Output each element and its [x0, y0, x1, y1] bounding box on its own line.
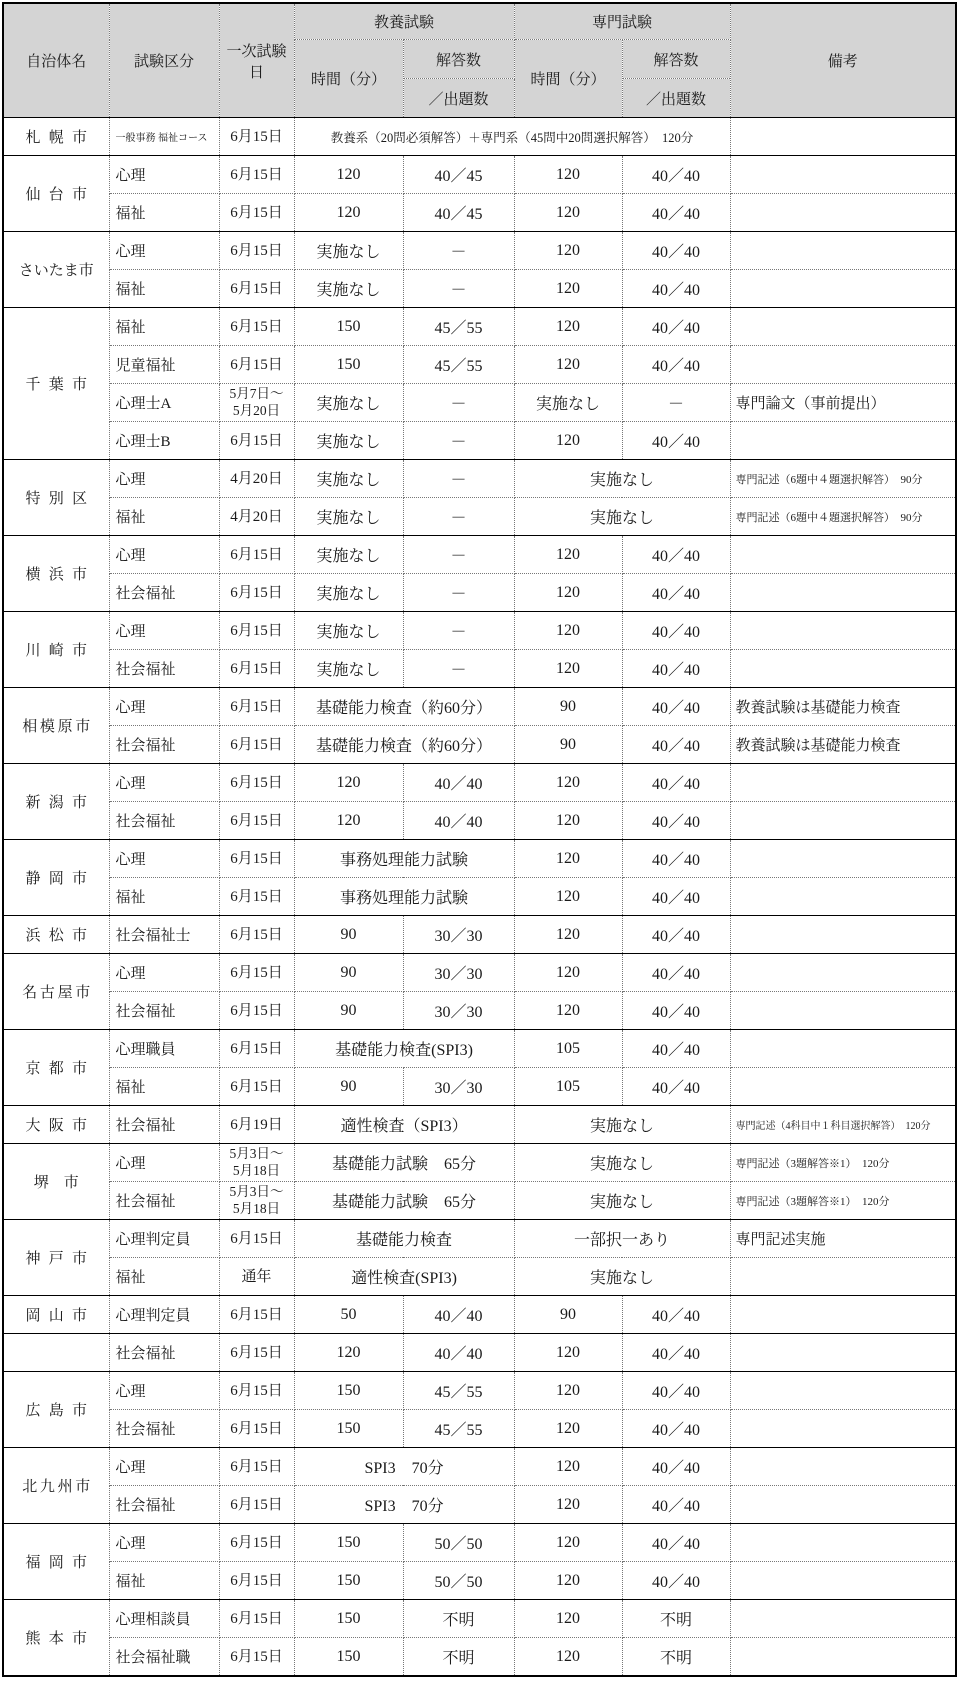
category-cell: 一般事務 福祉コース [109, 118, 219, 156]
table-row: 社会福祉6月15日基礎能力検査（約60分）9040／40教養試験は基礎能力検査 [3, 726, 956, 764]
municipality-cell: 北九州市 [3, 1448, 109, 1524]
table-row: 仙台市心理6月15日12040／4512040／40 [3, 156, 956, 194]
header-general-answers-bottom: ／出題数 [403, 79, 514, 118]
remarks-cell [730, 1068, 956, 1106]
table-header: 自治体名 試験区分 一次試験日 教養試験 専門試験 備考 時間（分） 解答数 時… [3, 3, 956, 118]
value-cell: 150 [294, 308, 403, 346]
value-cell: 40／40 [622, 1030, 730, 1068]
value-cell: 実施なし [294, 650, 403, 688]
table-row: 京都市心理職員6月15日基礎能力検査(SPI3)10540／40 [3, 1030, 956, 1068]
value-cell: 適性検査(SPI3) [294, 1258, 514, 1296]
value-cell: 120 [514, 802, 622, 840]
value-cell: 40／40 [622, 992, 730, 1030]
category-cell: 社会福祉 [109, 802, 219, 840]
value-cell: 40／40 [622, 1486, 730, 1524]
municipality-cell: 新潟市 [3, 764, 109, 840]
value-cell: 不明 [622, 1600, 730, 1638]
value-cell: 90 [294, 1068, 403, 1106]
value-cell: 120 [514, 1600, 622, 1638]
category-cell: 福祉 [109, 1258, 219, 1296]
value-cell: 40／40 [622, 726, 730, 764]
value-cell: 実施なし [294, 232, 403, 270]
date-cell: 5月3日～ 5月18日 [219, 1182, 294, 1220]
value-cell: 120 [294, 802, 403, 840]
value-cell: 45／55 [403, 1410, 514, 1448]
municipality-cell: 相模原市 [3, 688, 109, 764]
table-row: 静岡市心理6月15日事務処理能力試験12040／40 [3, 840, 956, 878]
remarks-cell: 教養試験は基礎能力検査 [730, 726, 956, 764]
value-cell: 40／40 [622, 270, 730, 308]
remarks-cell [730, 1524, 956, 1562]
value-cell: 90 [294, 916, 403, 954]
date-cell: 6月15日 [219, 308, 294, 346]
value-cell: 150 [294, 1524, 403, 1562]
municipality-cell: 川崎市 [3, 612, 109, 688]
value-cell: 45／55 [403, 308, 514, 346]
value-cell: 適性検査（SPI3） [294, 1106, 514, 1144]
value-cell: 120 [294, 1334, 403, 1372]
remarks-cell: 専門記述（3題解答※1） 120分 [730, 1144, 956, 1182]
value-cell: 30／30 [403, 916, 514, 954]
value-cell: 実施なし [294, 422, 403, 460]
date-cell: 6月15日 [219, 574, 294, 612]
value-cell: 事務処理能力試験 [294, 840, 514, 878]
value-cell: － [403, 384, 514, 422]
value-cell: 実施なし [514, 1258, 730, 1296]
value-cell: 40／40 [622, 840, 730, 878]
value-cell: 基礎能力検査（約60分） [294, 688, 514, 726]
table-row: 社会福祉6月15日実施なし－12040／40 [3, 650, 956, 688]
value-cell: 実施なし [514, 1144, 730, 1182]
date-cell: 6月15日 [219, 194, 294, 232]
value-cell: 40／45 [403, 156, 514, 194]
municipality-cell: 京都市 [3, 1030, 109, 1106]
category-cell: 心理判定員 [109, 1220, 219, 1258]
remarks-cell [730, 1258, 956, 1296]
table-row: 社会福祉5月3日～ 5月18日基礎能力試験 65分実施なし専門記述（3題解答※1… [3, 1182, 956, 1220]
value-cell: 40／40 [622, 1296, 730, 1334]
remarks-cell [730, 840, 956, 878]
value-cell: 40／40 [622, 612, 730, 650]
value-cell: － [403, 460, 514, 498]
table-row: 広島市心理6月15日15045／5512040／40 [3, 1372, 956, 1410]
value-cell: － [403, 612, 514, 650]
remarks-cell [730, 194, 956, 232]
value-cell: 150 [294, 1600, 403, 1638]
value-cell: 45／55 [403, 346, 514, 384]
value-cell: 50／50 [403, 1524, 514, 1562]
header-category: 試験区分 [109, 3, 219, 118]
municipality-cell: 広島市 [3, 1372, 109, 1448]
municipality-cell: 神戸市 [3, 1220, 109, 1296]
date-cell: 6月15日 [219, 156, 294, 194]
table-row: 札幌市一般事務 福祉コース6月15日教養系（20問必須解答）＋専門系（45問中2… [3, 118, 956, 156]
date-cell: 6月15日 [219, 1068, 294, 1106]
value-cell: 45／55 [403, 1372, 514, 1410]
value-cell: 120 [514, 1638, 622, 1677]
exam-table: 自治体名 試験区分 一次試験日 教養試験 専門試験 備考 時間（分） 解答数 時… [2, 2, 957, 1677]
remarks-cell [730, 346, 956, 384]
remarks-cell: 専門記述（6題中４題選択解答） 90分 [730, 498, 956, 536]
category-cell: 社会福祉 [109, 1106, 219, 1144]
value-cell: 120 [514, 156, 622, 194]
value-cell: 40／40 [403, 802, 514, 840]
category-cell: 社会福祉 [109, 650, 219, 688]
header-remarks: 備考 [730, 3, 956, 118]
category-cell: 社会福祉 [109, 726, 219, 764]
value-cell: 40／40 [622, 1372, 730, 1410]
table-row: 岡山市心理判定員6月15日5040／409040／40 [3, 1296, 956, 1334]
date-cell: 5月3日～ 5月18日 [219, 1144, 294, 1182]
table-row: 新潟市心理6月15日12040／4012040／40 [3, 764, 956, 802]
date-cell: 通年 [219, 1258, 294, 1296]
value-cell: 50／50 [403, 1562, 514, 1600]
date-cell: 4月20日 [219, 498, 294, 536]
remarks-cell: 専門記述実施 [730, 1220, 956, 1258]
date-cell: 6月15日 [219, 118, 294, 156]
date-cell: 6月15日 [219, 1600, 294, 1638]
value-cell: 120 [514, 916, 622, 954]
value-cell: 105 [514, 1030, 622, 1068]
value-cell: 120 [514, 270, 622, 308]
category-cell: 心理 [109, 1448, 219, 1486]
value-cell: 150 [294, 1410, 403, 1448]
municipality-cell: 名古屋市 [3, 954, 109, 1030]
value-cell: 40／40 [622, 1562, 730, 1600]
table-row: 児童福祉6月15日15045／5512040／40 [3, 346, 956, 384]
remarks-cell [730, 802, 956, 840]
category-cell: 社会福祉 [109, 992, 219, 1030]
date-cell: 6月15日 [219, 764, 294, 802]
value-cell: 120 [294, 156, 403, 194]
value-cell: 90 [294, 954, 403, 992]
table-row: 福祉6月15日15050／5012040／40 [3, 1562, 956, 1600]
table-row: 心理士B6月15日実施なし－12040／40 [3, 422, 956, 460]
table-row: 相模原市心理6月15日基礎能力検査（約60分）9040／40教養試験は基礎能力検… [3, 688, 956, 726]
remarks-cell [730, 1372, 956, 1410]
date-cell: 6月15日 [219, 1638, 294, 1677]
municipality-cell: 千葉市 [3, 308, 109, 460]
date-cell: 6月15日 [219, 726, 294, 764]
value-cell: 40／40 [622, 574, 730, 612]
table-row: 福祉6月15日事務処理能力試験12040／40 [3, 878, 956, 916]
value-cell: 基礎能力検査(SPI3) [294, 1030, 514, 1068]
value-cell: 120 [514, 536, 622, 574]
value-cell: 40／40 [403, 764, 514, 802]
category-cell: 社会福祉 [109, 1410, 219, 1448]
value-cell: 120 [514, 954, 622, 992]
header-specialized-answers-top: 解答数 [622, 40, 730, 79]
category-cell: 福祉 [109, 1562, 219, 1600]
remarks-cell [730, 764, 956, 802]
value-cell: 120 [514, 878, 622, 916]
value-cell: 40／45 [403, 194, 514, 232]
remarks-cell: 専門記述（4科目中１科目選択解答） 120分 [730, 1106, 956, 1144]
table-row: 福祉4月20日実施なし－実施なし専門記述（6題中４題選択解答） 90分 [3, 498, 956, 536]
municipality-cell: 横浜市 [3, 536, 109, 612]
value-cell: 実施なし [294, 498, 403, 536]
date-cell: 6月15日 [219, 232, 294, 270]
value-cell: 120 [514, 840, 622, 878]
remarks-cell [730, 992, 956, 1030]
municipality-cell: 堺市 [3, 1144, 109, 1220]
remarks-cell [730, 270, 956, 308]
category-cell: 福祉 [109, 878, 219, 916]
value-cell: 90 [514, 688, 622, 726]
value-cell: 40／40 [622, 688, 730, 726]
remarks-cell [730, 1410, 956, 1448]
category-cell: 福祉 [109, 498, 219, 536]
remarks-cell [730, 1334, 956, 1372]
value-cell: 120 [514, 1410, 622, 1448]
category-cell: 福祉 [109, 1068, 219, 1106]
value-cell: 不明 [622, 1638, 730, 1677]
header-date: 一次試験日 [219, 3, 294, 118]
value-cell: 150 [294, 1372, 403, 1410]
date-cell: 4月20日 [219, 460, 294, 498]
date-cell: 6月15日 [219, 346, 294, 384]
table-row: 福祉通年適性検査(SPI3)実施なし [3, 1258, 956, 1296]
date-cell: 6月15日 [219, 802, 294, 840]
header-general-exam: 教養試験 [294, 3, 514, 40]
value-cell: 120 [514, 232, 622, 270]
remarks-cell: 教養試験は基礎能力検査 [730, 688, 956, 726]
value-cell: 40／40 [403, 1334, 514, 1372]
table-row: 社会福祉6月15日12040／4012040／40 [3, 802, 956, 840]
remarks-cell [730, 232, 956, 270]
table-row: 横浜市心理6月15日実施なし－12040／40 [3, 536, 956, 574]
date-cell: 6月15日 [219, 1296, 294, 1334]
value-cell: 30／30 [403, 1068, 514, 1106]
remarks-cell [730, 1030, 956, 1068]
remarks-cell: 専門記述（3題解答※1） 120分 [730, 1182, 956, 1220]
category-cell: 社会福祉 [109, 574, 219, 612]
date-cell: 6月15日 [219, 688, 294, 726]
table-row: 社会福祉6月15日12040／4012040／40 [3, 1334, 956, 1372]
value-cell: 実施なし [514, 1106, 730, 1144]
table-row: 名古屋市心理6月15日9030／3012040／40 [3, 954, 956, 992]
value-cell: 40／40 [622, 156, 730, 194]
remarks-cell [730, 156, 956, 194]
value-cell: 30／30 [403, 992, 514, 1030]
value-cell: 40／40 [622, 878, 730, 916]
municipality-cell: 札幌市 [3, 118, 109, 156]
category-cell: 心理 [109, 840, 219, 878]
table-row: 大阪市社会福祉6月19日適性検査（SPI3）実施なし専門記述（4科目中１科目選択… [3, 1106, 956, 1144]
table-row: 福祉6月15日9030／3010540／40 [3, 1068, 956, 1106]
municipality-cell: 熊本市 [3, 1600, 109, 1677]
value-cell: － [403, 536, 514, 574]
value-cell: 40／40 [622, 422, 730, 460]
category-cell: 心理士B [109, 422, 219, 460]
header-specialized-time: 時間（分） [514, 40, 622, 118]
value-cell: 120 [514, 1448, 622, 1486]
value-cell: 120 [514, 992, 622, 1030]
municipality-cell: 福岡市 [3, 1524, 109, 1600]
value-cell: 120 [514, 1372, 622, 1410]
value-cell: 基礎能力検査 [294, 1220, 514, 1258]
value-cell: 30／30 [403, 954, 514, 992]
value-cell: － [403, 232, 514, 270]
value-cell: 150 [294, 1638, 403, 1677]
value-cell: 120 [514, 422, 622, 460]
remarks-cell [730, 916, 956, 954]
table-row: 社会福祉6月15日9030／3012040／40 [3, 992, 956, 1030]
value-cell: 105 [514, 1068, 622, 1106]
municipality-cell: 岡山市 [3, 1296, 109, 1334]
value-cell: 40／40 [622, 346, 730, 384]
municipality-cell: 特別区 [3, 460, 109, 536]
value-cell: 事務処理能力試験 [294, 878, 514, 916]
value-cell: 40／40 [622, 1334, 730, 1372]
table-row: 熊本市心理相談員6月15日150不明120不明 [3, 1600, 956, 1638]
table-body: 札幌市一般事務 福祉コース6月15日教養系（20問必須解答）＋専門系（45問中2… [3, 118, 956, 1677]
date-cell: 6月15日 [219, 422, 294, 460]
value-cell: 120 [514, 194, 622, 232]
date-cell: 6月19日 [219, 1106, 294, 1144]
category-cell: 心理 [109, 536, 219, 574]
date-cell: 6月15日 [219, 1334, 294, 1372]
exam-comparison-sheet: 自治体名 試験区分 一次試験日 教養試験 専門試験 備考 時間（分） 解答数 時… [0, 0, 960, 1679]
value-cell: 一部択一あり [514, 1220, 730, 1258]
category-cell: 福祉 [109, 194, 219, 232]
value-cell: 実施なし [294, 574, 403, 612]
value-cell: 120 [514, 1486, 622, 1524]
table-row: 社会福祉職6月15日150不明120不明 [3, 1638, 956, 1677]
value-cell: － [403, 498, 514, 536]
value-cell: 120 [514, 612, 622, 650]
value-cell: － [403, 650, 514, 688]
table-row: 社会福祉6月15日SPI3 70分12040／40 [3, 1486, 956, 1524]
table-row: 浜松市社会福祉士6月15日9030／3012040／40 [3, 916, 956, 954]
table-row: 心理士A5月7日～ 5月20日実施なし－実施なし－専門論文（事前提出） [3, 384, 956, 422]
value-cell: 不明 [403, 1638, 514, 1677]
date-cell: 6月15日 [219, 536, 294, 574]
date-cell: 6月15日 [219, 1448, 294, 1486]
municipality-cell: 浜松市 [3, 916, 109, 954]
date-cell: 6月15日 [219, 1030, 294, 1068]
value-cell: 実施なし [514, 498, 730, 536]
municipality-cell: 大阪市 [3, 1106, 109, 1144]
date-cell: 6月15日 [219, 270, 294, 308]
category-cell: 心理判定員 [109, 1296, 219, 1334]
value-cell: 基礎能力検査（約60分） [294, 726, 514, 764]
value-cell: 実施なし [294, 612, 403, 650]
value-cell: 実施なし [294, 384, 403, 422]
table-row: 特別区心理4月20日実施なし－実施なし専門記述（6題中４題選択解答） 90分 [3, 460, 956, 498]
remarks-cell [730, 1448, 956, 1486]
value-cell: 40／40 [622, 764, 730, 802]
table-row: 社会福祉6月15日15045／5512040／40 [3, 1410, 956, 1448]
category-cell: 福祉 [109, 308, 219, 346]
value-cell: 90 [294, 992, 403, 1030]
value-cell: 50 [294, 1296, 403, 1334]
remarks-cell [730, 878, 956, 916]
table-row: 神戸市心理判定員6月15日基礎能力検査一部択一あり専門記述実施 [3, 1220, 956, 1258]
remarks-cell [730, 1296, 956, 1334]
category-cell: 社会福祉 [109, 1182, 219, 1220]
value-cell: 120 [514, 764, 622, 802]
value-cell: 40／40 [622, 232, 730, 270]
remarks-cell [730, 612, 956, 650]
value-cell: 150 [294, 1562, 403, 1600]
date-cell: 6月15日 [219, 840, 294, 878]
table-row: 福祉6月15日12040／4512040／40 [3, 194, 956, 232]
value-cell: 120 [514, 308, 622, 346]
category-cell: 児童福祉 [109, 346, 219, 384]
date-cell: 6月15日 [219, 954, 294, 992]
category-cell: 心理 [109, 232, 219, 270]
value-cell: 教養系（20問必須解答）＋専門系（45問中20問選択解答） 120分 [294, 118, 730, 156]
value-cell: 40／40 [622, 802, 730, 840]
value-cell: SPI3 70分 [294, 1486, 514, 1524]
remarks-cell [730, 118, 956, 156]
category-cell: 心理 [109, 1144, 219, 1182]
date-cell: 6月15日 [219, 1486, 294, 1524]
remarks-cell [730, 536, 956, 574]
value-cell: 実施なし [514, 1182, 730, 1220]
value-cell: 実施なし [294, 460, 403, 498]
table-row: 福祉6月15日実施なし－12040／40 [3, 270, 956, 308]
remarks-cell [730, 308, 956, 346]
value-cell: 40／40 [622, 194, 730, 232]
category-cell: 心理 [109, 1524, 219, 1562]
value-cell: SPI3 70分 [294, 1448, 514, 1486]
category-cell: 心理士A [109, 384, 219, 422]
value-cell: 基礎能力試験 65分 [294, 1182, 514, 1220]
value-cell: 40／40 [622, 308, 730, 346]
value-cell: 90 [514, 726, 622, 764]
date-cell: 6月15日 [219, 1562, 294, 1600]
category-cell: 社会福祉 [109, 1334, 219, 1372]
table-row: さいたま市心理6月15日実施なし－12040／40 [3, 232, 956, 270]
category-cell: 心理 [109, 688, 219, 726]
value-cell: 150 [294, 346, 403, 384]
value-cell: 実施なし [294, 270, 403, 308]
municipality-cell [3, 1334, 109, 1372]
category-cell: 福祉 [109, 270, 219, 308]
remarks-cell: 専門記述（6題中４題選択解答） 90分 [730, 460, 956, 498]
remarks-cell [730, 954, 956, 992]
value-cell: 40／40 [622, 536, 730, 574]
table-row: 川崎市心理6月15日実施なし－12040／40 [3, 612, 956, 650]
value-cell: 40／40 [622, 916, 730, 954]
value-cell: 40／40 [622, 1410, 730, 1448]
value-cell: 基礎能力試験 65分 [294, 1144, 514, 1182]
value-cell: 40／40 [622, 1068, 730, 1106]
value-cell: 120 [294, 194, 403, 232]
value-cell: 40／40 [622, 1448, 730, 1486]
municipality-cell: さいたま市 [3, 232, 109, 308]
municipality-cell: 静岡市 [3, 840, 109, 916]
value-cell: 実施なし [514, 384, 622, 422]
date-cell: 6月15日 [219, 1220, 294, 1258]
remarks-cell [730, 1600, 956, 1638]
remarks-cell [730, 574, 956, 612]
value-cell: － [403, 574, 514, 612]
date-cell: 6月15日 [219, 1372, 294, 1410]
category-cell: 心理 [109, 764, 219, 802]
table-row: 福岡市心理6月15日15050／5012040／40 [3, 1524, 956, 1562]
category-cell: 心理 [109, 1372, 219, 1410]
category-cell: 心理職員 [109, 1030, 219, 1068]
remarks-cell [730, 650, 956, 688]
value-cell: － [403, 422, 514, 460]
value-cell: 40／40 [622, 954, 730, 992]
value-cell: 40／40 [403, 1296, 514, 1334]
header-general-time: 時間（分） [294, 40, 403, 118]
category-cell: 心理 [109, 954, 219, 992]
